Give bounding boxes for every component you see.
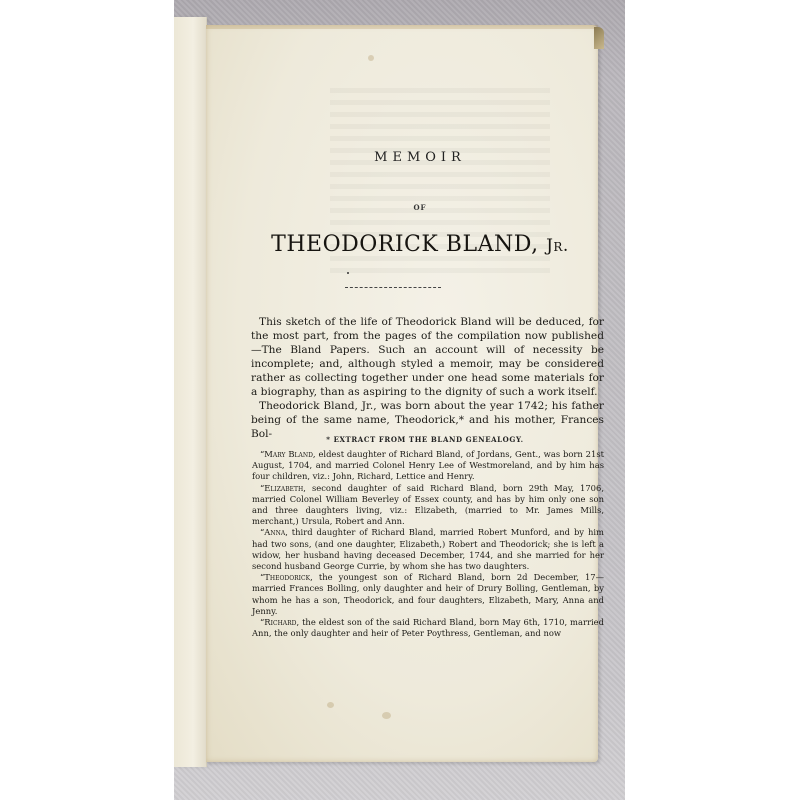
page-top-edge [206, 25, 598, 29]
page-title: THEODORICK BLAND, Jr. [240, 232, 600, 257]
foxing-spot [382, 712, 391, 719]
body-text: This sketch of the life of Theodorick Bl… [251, 315, 604, 441]
footnote-text: , second daughter of said Richard Bland,… [252, 483, 604, 527]
left-page-edge [174, 17, 207, 767]
footnote-entry: “Richard, the eldest son of the said Ric… [252, 617, 604, 639]
footnote-name: Elizabeth [264, 483, 303, 493]
footnote-name: Anna [264, 527, 285, 537]
of-label: OF [240, 203, 600, 212]
title-suffix: Jr. [546, 236, 569, 256]
foxing-spot [368, 55, 374, 61]
footnote-name: Theodorick [264, 572, 310, 582]
footnote-entry: “Mary Bland, eldest daughter of Richard … [252, 449, 604, 483]
page-corner-wear [594, 27, 604, 49]
footnote-entry: “Theodorick, the youngest son of Richard… [252, 572, 604, 617]
foxing-spot [327, 702, 334, 708]
footnote-entry: “Elizabeth, second daughter of said Rich… [252, 483, 604, 528]
footnote-name: Richard [264, 617, 296, 627]
ornament-dot [347, 272, 349, 274]
footnote-heading: * EXTRACT FROM THE BLAND GENEALOGY. [240, 435, 610, 444]
footnote-text: , the eldest son of the said Richard Bla… [252, 617, 604, 638]
footnote-name: Mary Bland [264, 449, 313, 459]
title-name: THEODORICK BLAND, [271, 232, 546, 257]
footnote-entry: “Anna, third daughter of Richard Bland, … [252, 527, 604, 572]
footnote-text: , third daughter of Richard Bland, marri… [252, 527, 604, 571]
divider-rule [345, 287, 441, 288]
memoir-heading: MEMOIR [240, 150, 600, 165]
footnotes: “Mary Bland, eldest daughter of Richard … [252, 449, 604, 639]
paragraph: This sketch of the life of Theodorick Bl… [251, 315, 604, 399]
